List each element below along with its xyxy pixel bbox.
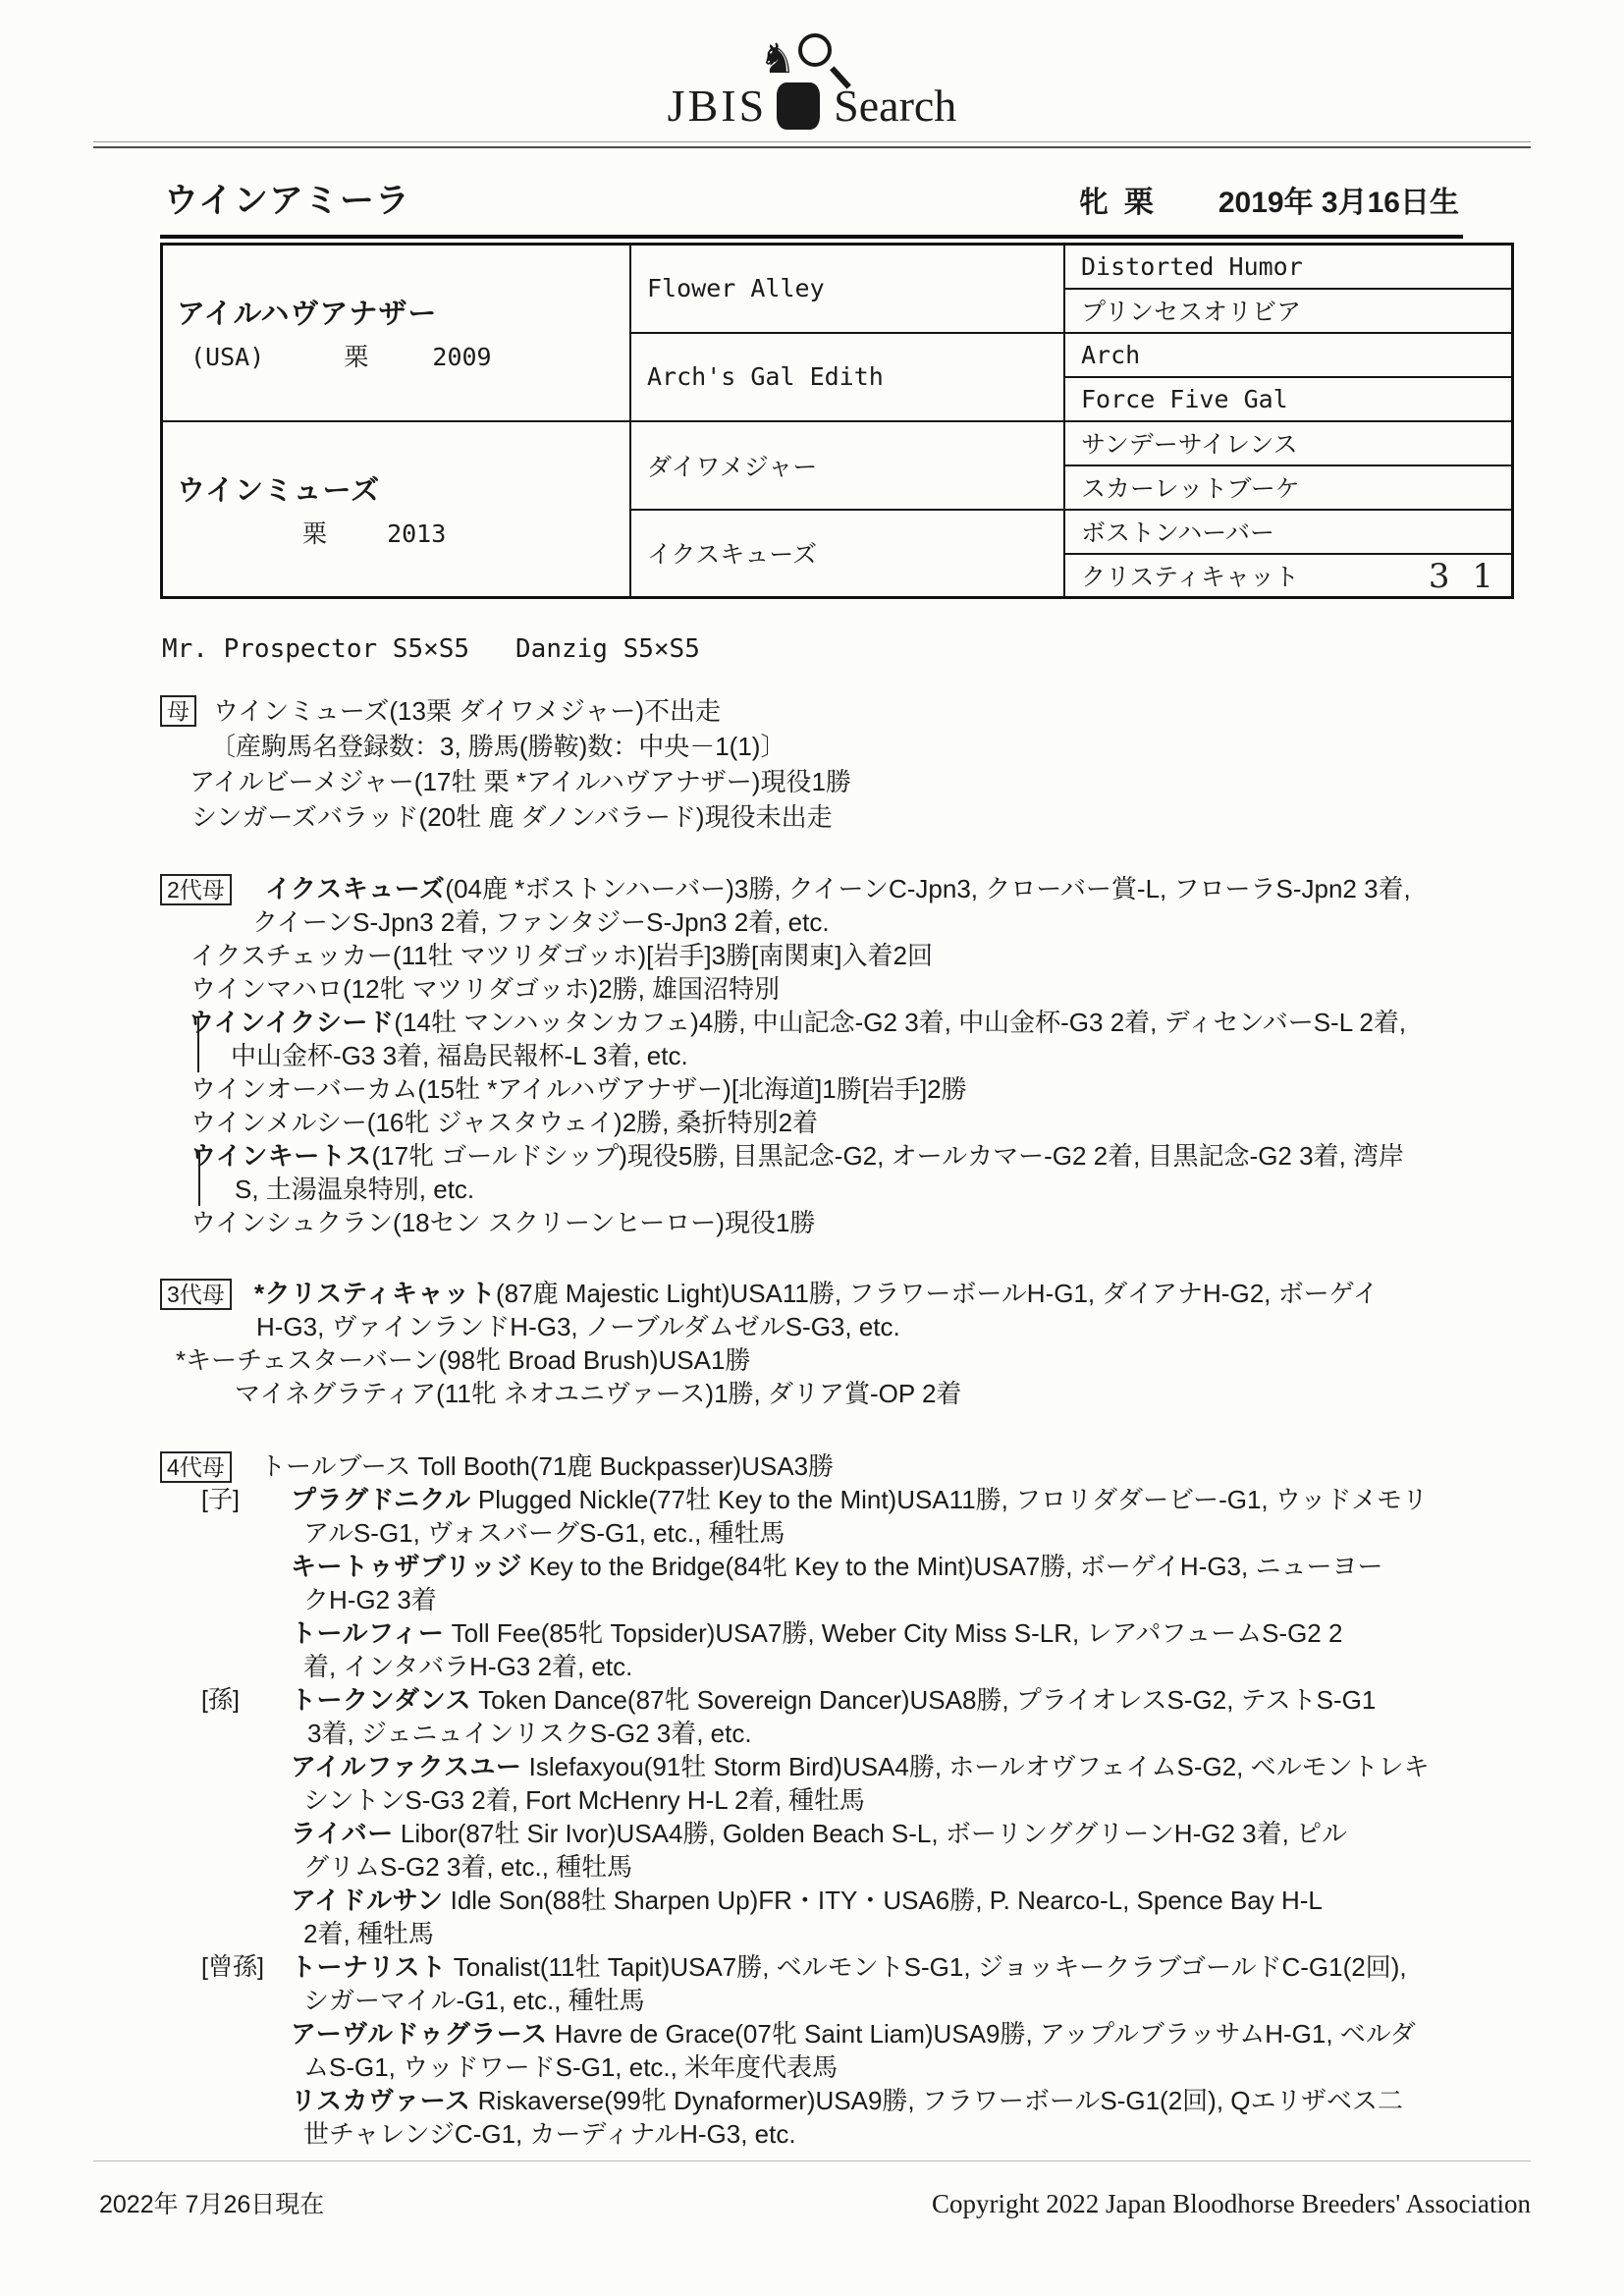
line-text: ムS-G1, ウッドワードS-G1, etc., 米年度代表馬: [303, 2052, 838, 2082]
horse-name-bold: アイルファクスユー: [291, 1752, 521, 1781]
jbis-logo: JBIS ♞ Search: [0, 0, 1624, 132]
horse-icon: ♞: [759, 39, 796, 81]
pedigree-line: ウインキートス(17牝 ゴールドシップ)現役5勝, 目黒記念-G2, オールカマ…: [160, 1139, 1506, 1173]
line-text: 3着, ジェニュインリスクS-G2 3着, etc.: [307, 1719, 752, 1748]
pedigree-line: 2着, 種牡馬: [160, 1917, 1506, 1950]
pedigree-document-page: JBIS ♞ Search ウインアミーラ 牝 栗 2019年 3月16日生 ア…: [0, 0, 1624, 2296]
line-text: シガーマイル-G1, etc., 種牡馬: [303, 1986, 645, 2015]
line-text: Toll Fee(85牝 Topsider)USA7勝, Weber City …: [444, 1618, 1342, 1648]
sire-cell: アイルハヴアナザー (USA) 栗 2009: [162, 245, 631, 421]
relation-label: [子]: [201, 1483, 240, 1516]
horse-name-bold: リスカヴァース: [291, 2086, 470, 2115]
line-text: ウインメルシー(16牝 ジャスタウェイ)2勝, 桑折特別2着: [190, 1108, 818, 1137]
line-text: (04鹿 *ボストンハーバー)3勝, クイーンC-Jpn3, クローバー賞-L,…: [445, 874, 1410, 903]
pedigree-line: アーヴルドゥグラース Havre de Grace(07牝 Saint Liam…: [160, 2017, 1506, 2050]
horse-name-bold: アーヴルドゥグラース: [291, 2019, 548, 2049]
line-text: シントンS-G3 2着, Fort McHenry H-L 2着, 種牡馬: [303, 1785, 865, 1815]
generation-label: 母: [160, 695, 196, 727]
horse-title-row: ウインアミーラ 牝 栗 2019年 3月16日生: [160, 174, 1463, 239]
line-text: Libor(87牡 Sir Ivor)USA4勝, Golden Beach S…: [394, 1819, 1347, 1848]
line-text: Tonalist(11牡 Tapit)USA7勝, ベルモントS-G1, ジョッ…: [446, 1952, 1406, 1982]
pedigree-line: [孫]トークンダンス Token Dance(87牝 Sovereign Dan…: [160, 1683, 1506, 1717]
line-text: マイネグラティア(11牝 ネオユニヴァース)1勝, ダリア賞-OP 2着: [235, 1379, 961, 1408]
pedigree-line: 〔産駒馬名登録数：3, 勝馬(勝鞍)数：中央－1(1)〕: [160, 729, 1506, 764]
page-number: 3 1: [1429, 557, 1499, 596]
dam-year: 2013: [387, 519, 446, 548]
line-text: ウインミューズ(13栗 ダイワメジャー)不出走: [213, 696, 721, 726]
line-text: 中山金杯-G3 3着, 福島民報杯-L 3着, etc.: [231, 1041, 688, 1070]
horse-name-bold: ライバー: [291, 1819, 394, 1848]
horse-name-bold: トークンダンス: [291, 1685, 471, 1715]
gen2-cell: Flower Alley: [630, 245, 1064, 333]
line-text: (87鹿 Majestic Light)USA11勝, フラワーボールH-G1,…: [496, 1279, 1379, 1308]
horse-coat: 栗: [1124, 178, 1154, 221]
pedigree-line: クH-G2 3着: [160, 1583, 1506, 1616]
header-divider: [93, 141, 1531, 148]
as-of-date: 2022年 7月26日現在: [93, 2185, 324, 2220]
line-text: Key to the Bridge(84牝 Key to the Mint)US…: [522, 1552, 1383, 1581]
pedigree-line: イクスチェッカー(11牡 マツリダゴッホ)[岩手]3勝[南関東]入着2回: [160, 939, 1506, 972]
horse-name-bold: *クリスティキャット: [254, 1279, 496, 1308]
pedigree-line: 中山金杯-G3 3着, 福島民報杯-L 3着, etc.: [160, 1039, 1506, 1072]
pedigree-line: 4代母トールブース Toll Booth(71鹿 Buckpasser)USA3…: [160, 1449, 1506, 1483]
sire-origin: (USA): [190, 343, 264, 371]
pedigree-line: アイルビーメジャー(17牡 栗 *アイルハヴアナザー)現役1勝: [160, 764, 1506, 799]
dam-detail: 栗 2013: [177, 515, 628, 550]
continuation-bar: [198, 1151, 200, 1206]
continuation-bar: [197, 1017, 199, 1072]
gen3-cell: Force Five Gal: [1064, 377, 1513, 421]
pedigree-line: キートゥザブリッジ Key to the Bridge(84牝 Key to t…: [160, 1550, 1506, 1583]
relation-label: [曾孫]: [201, 1950, 264, 1984]
sire-coat: 栗: [344, 343, 368, 371]
line-text: アイルビーメジャー(17牡 栗 *アイルハヴアナザー)現役1勝: [189, 767, 851, 796]
horse-name-bold: キートゥザブリッジ: [291, 1552, 522, 1581]
generation-label: 2代母: [160, 874, 232, 905]
gen2-cell: イクスキューズ: [630, 510, 1064, 598]
pedigree-line: リスカヴァース Riskaverse(99牝 Dynaformer)USA9勝,…: [160, 2084, 1506, 2117]
pedigree-line: 母ウインミューズ(13栗 ダイワメジャー)不出走: [160, 693, 1506, 729]
line-text: Token Dance(87牝 Sovereign Dancer)USA8勝, …: [471, 1685, 1376, 1715]
horse-name-bold: トーナリスト: [291, 1952, 446, 1982]
magnifier-icon: [798, 33, 832, 67]
pedigree-line: *キーチェスターバーン(98牝 Broad Brush)USA1勝: [160, 1343, 1506, 1377]
dam-cell: ウインミューズ 栗 2013: [162, 421, 631, 598]
line-text: ウインマハロ(12牝 マツリダゴッホ)2勝, 雄国沼特別: [190, 974, 780, 1004]
sire-year: 2009: [432, 343, 491, 371]
gen2-cell: Arch's Gal Edith: [630, 333, 1064, 421]
pedigree-line: ウインオーバーカム(15牡 *アイルハヴアナザー)[北海道]1勝[岩手]2勝: [160, 1072, 1506, 1106]
pedigree-line: シガーマイル-G1, etc., 種牡馬: [160, 1984, 1506, 2017]
line-text: Riskaverse(99牝 Dynaformer)USA9勝, フラワーボール…: [470, 2086, 1403, 2115]
pedigree-line: 3代母*クリスティキャット(87鹿 Majestic Light)USA11勝,…: [160, 1277, 1506, 1310]
gen3-cell: Distorted Humor: [1064, 245, 1513, 289]
gen3-name: クリスティキャット: [1081, 563, 1299, 591]
horse-name-bold: ウインキートス: [190, 1141, 371, 1171]
page-footer: 2022年 7月26日現在 Copyright 2022 Japan Blood…: [93, 2160, 1531, 2220]
horse-sex-birth: 牝 栗 2019年 3月16日生: [1079, 178, 1459, 221]
pedigree-line: [曾孫]トーナリスト Tonalist(11牡 Tapit)USA7勝, ベルモ…: [160, 1950, 1506, 1984]
horse-name-bold: トールフィー: [291, 1618, 444, 1648]
jbis-logo-text: JBIS: [668, 80, 767, 132]
generation-label: 4代母: [160, 1451, 232, 1483]
horse-name-bold: ウインイクシード: [189, 1008, 394, 1037]
gen2-cell: ダイワメジャー: [630, 421, 1064, 510]
line-text: (17牝 ゴールドシップ)現役5勝, 目黒記念-G2, オールカマー-G2 2着…: [371, 1141, 1404, 1171]
gen3-cell: サンデーサイレンス: [1064, 421, 1513, 465]
line-text: Idle Son(88牡 Sharpen Up)FR・ITY・USA6勝, P.…: [443, 1886, 1322, 1915]
pedigree-line: アイドルサン Idle Son(88牡 Sharpen Up)FR・ITY・US…: [160, 1884, 1506, 1917]
line-text: (14牡 マンハッタンカフェ)4勝, 中山記念-G2 3着, 中山金杯-G3 2…: [394, 1008, 1406, 1037]
gen3-cell: クリスティキャット 3 1: [1064, 554, 1513, 598]
pedigree-line: 着, インタバラH-G3 2着, etc.: [160, 1650, 1506, 1683]
pedigree-line: ウインシュクラン(18セン スクリーンヒーロー)現役1勝: [160, 1206, 1506, 1239]
line-text: イクスチェッカー(11牡 マツリダゴッホ)[岩手]3勝[南関東]入着2回: [190, 941, 933, 970]
pedigree-table: アイルハヴアナザー (USA) 栗 2009 Flower Alley Dist…: [160, 243, 1514, 599]
horse-name-bold: アイドルサン: [291, 1886, 443, 1915]
copyright-text: Copyright 2022 Japan Bloodhorse Breeders…: [932, 2189, 1531, 2219]
dam-coat: 栗: [302, 519, 327, 548]
pedigree-line: ムS-G1, ウッドワードS-G1, etc., 米年度代表馬: [160, 2050, 1506, 2084]
pedigree-line: S, 土湯温泉特別, etc.: [160, 1173, 1506, 1206]
line-text: クイーンS-Jpn3 2着, ファンタジーS-Jpn3 2着, etc.: [252, 907, 830, 937]
pedigree-line: シントンS-G3 2着, Fort McHenry H-L 2着, 種牡馬: [160, 1783, 1506, 1817]
line-text: 〔産駒馬名登録数：3, 勝馬(勝鞍)数：中央－1(1)〕: [210, 732, 785, 761]
search-logo-text: Search: [834, 80, 956, 132]
pedigree-line: ウインマハロ(12牝 マツリダゴッホ)2勝, 雄国沼特別: [160, 972, 1506, 1006]
horse-name-bold: プラグドニクル: [291, 1485, 471, 1514]
second-dam-section: 2代母イクスキューズ(04鹿 *ボストンハーバー)3勝, クイーンC-Jpn3,…: [160, 872, 1506, 1239]
line-text: 2着, 種牡馬: [303, 1919, 434, 1948]
inbreeding-line: Mr. Prospector S5×S5 Danzig S5×S5: [160, 634, 1506, 664]
pedigree-line: 世チャレンジC-G1, カーディナルH-G3, etc.: [160, 2117, 1506, 2151]
line-text: H-G3, ヴァインランドH-G3, ノーブルダムゼルS-G3, etc.: [256, 1312, 900, 1341]
generation-label: 3代母: [160, 1279, 232, 1310]
line-text: *キーチェスターバーン(98牝 Broad Brush)USA1勝: [176, 1345, 750, 1375]
pedigree-line: 3着, ジェニュインリスクS-G2 3着, etc.: [160, 1717, 1506, 1750]
pedigree-body: Mr. Prospector S5×S5 Danzig S5×S5 母ウインミュ…: [160, 634, 1506, 2151]
horse-name-bold: イクスキューズ: [265, 874, 445, 903]
pedigree-line: マイネグラティア(11牝 ネオユニヴァース)1勝, ダリア賞-OP 2着: [160, 1377, 1506, 1410]
pedigree-line: ウインイクシード(14牡 マンハッタンカフェ)4勝, 中山記念-G2 3着, 中…: [160, 1006, 1506, 1039]
fourth-dam-section: 4代母トールブース Toll Booth(71鹿 Buckpasser)USA3…: [160, 1449, 1506, 2151]
pedigree-line: 2代母イクスキューズ(04鹿 *ボストンハーバー)3勝, クイーンC-Jpn3,…: [160, 872, 1506, 905]
gen3-cell: スカーレットブーケ: [1064, 465, 1513, 510]
line-text: Havre de Grace(07牝 Saint Liam)USA9勝, アップ…: [548, 2019, 1416, 2049]
line-text: シンガーズバラッド(20牡 鹿 ダノンバラード)現役未出走: [191, 802, 833, 832]
line-text: Islefaxyou(91牡 Storm Bird)USA4勝, ホールオヴフェ…: [521, 1752, 1429, 1781]
line-text: 世チャレンジC-G1, カーディナルH-G3, etc.: [303, 2119, 796, 2149]
pedigree-line: ウインメルシー(16牝 ジャスタウェイ)2勝, 桑折特別2着: [160, 1106, 1506, 1139]
line-text: S, 土湯温泉特別, etc.: [235, 1175, 474, 1204]
dam-section: 母ウインミューズ(13栗 ダイワメジャー)不出走〔産駒馬名登録数：3, 勝馬(勝…: [160, 693, 1506, 835]
line-text: Plugged Nickle(77牡 Key to the Mint)USA11…: [471, 1485, 1428, 1514]
gen3-cell: Arch: [1064, 333, 1513, 377]
pedigree-line: アルS-G1, ヴォスバーグS-G1, etc., 種牡馬: [160, 1516, 1506, 1550]
dam-name: ウインミューズ: [177, 468, 628, 509]
drum-shape: [777, 82, 820, 130]
gen3-cell: プリンセスオリビア: [1064, 289, 1513, 333]
pedigree-line: H-G3, ヴァインランドH-G3, ノーブルダムゼルS-G3, etc.: [160, 1310, 1506, 1343]
line-text: グリムS-G2 3着, etc., 種牡馬: [303, 1852, 632, 1882]
jbis-logo-icon: ♞: [767, 47, 832, 132]
line-text: ウインオーバーカム(15牡 *アイルハヴアナザー)[北海道]1勝[岩手]2勝: [190, 1074, 967, 1104]
pedigree-line: [子]プラグドニクル Plugged Nickle(77牡 Key to the…: [160, 1483, 1506, 1516]
third-dam-section: 3代母*クリスティキャット(87鹿 Majestic Light)USA11勝,…: [160, 1277, 1506, 1410]
pedigree-line: グリムS-G2 3着, etc., 種牡馬: [160, 1850, 1506, 1884]
gen3-cell: ボストンハーバー: [1064, 510, 1513, 554]
horse-birthdate: 2019年 3月16日生: [1218, 178, 1459, 221]
horse-sex: 牝: [1079, 178, 1109, 221]
pedigree-line: ライバー Libor(87牡 Sir Ivor)USA4勝, Golden Be…: [160, 1817, 1506, 1850]
line-text: トールブース Toll Booth(71鹿 Buckpasser)USA3勝: [260, 1451, 834, 1481]
sire-detail: (USA) 栗 2009: [177, 338, 628, 373]
line-text: アルS-G1, ヴォスバーグS-G1, etc., 種牡馬: [303, 1518, 785, 1548]
sire-name: アイルハヴアナザー: [177, 292, 628, 332]
pedigree-line: トールフィー Toll Fee(85牝 Topsider)USA7勝, Webe…: [160, 1616, 1506, 1650]
relation-label: [孫]: [201, 1683, 240, 1717]
pedigree-line: アイルファクスユー Islefaxyou(91牡 Storm Bird)USA4…: [160, 1750, 1506, 1783]
horse-name: ウインアミーラ: [164, 174, 410, 223]
line-text: クH-G2 3着: [303, 1585, 437, 1614]
pedigree-line: シンガーズバラッド(20牡 鹿 ダノンバラード)現役未出走: [160, 799, 1506, 835]
pedigree-line: クイーンS-Jpn3 2着, ファンタジーS-Jpn3 2着, etc.: [160, 905, 1506, 939]
line-text: ウインシュクラン(18セン スクリーンヒーロー)現役1勝: [190, 1208, 815, 1237]
line-text: 着, インタバラH-G3 2着, etc.: [303, 1652, 632, 1681]
